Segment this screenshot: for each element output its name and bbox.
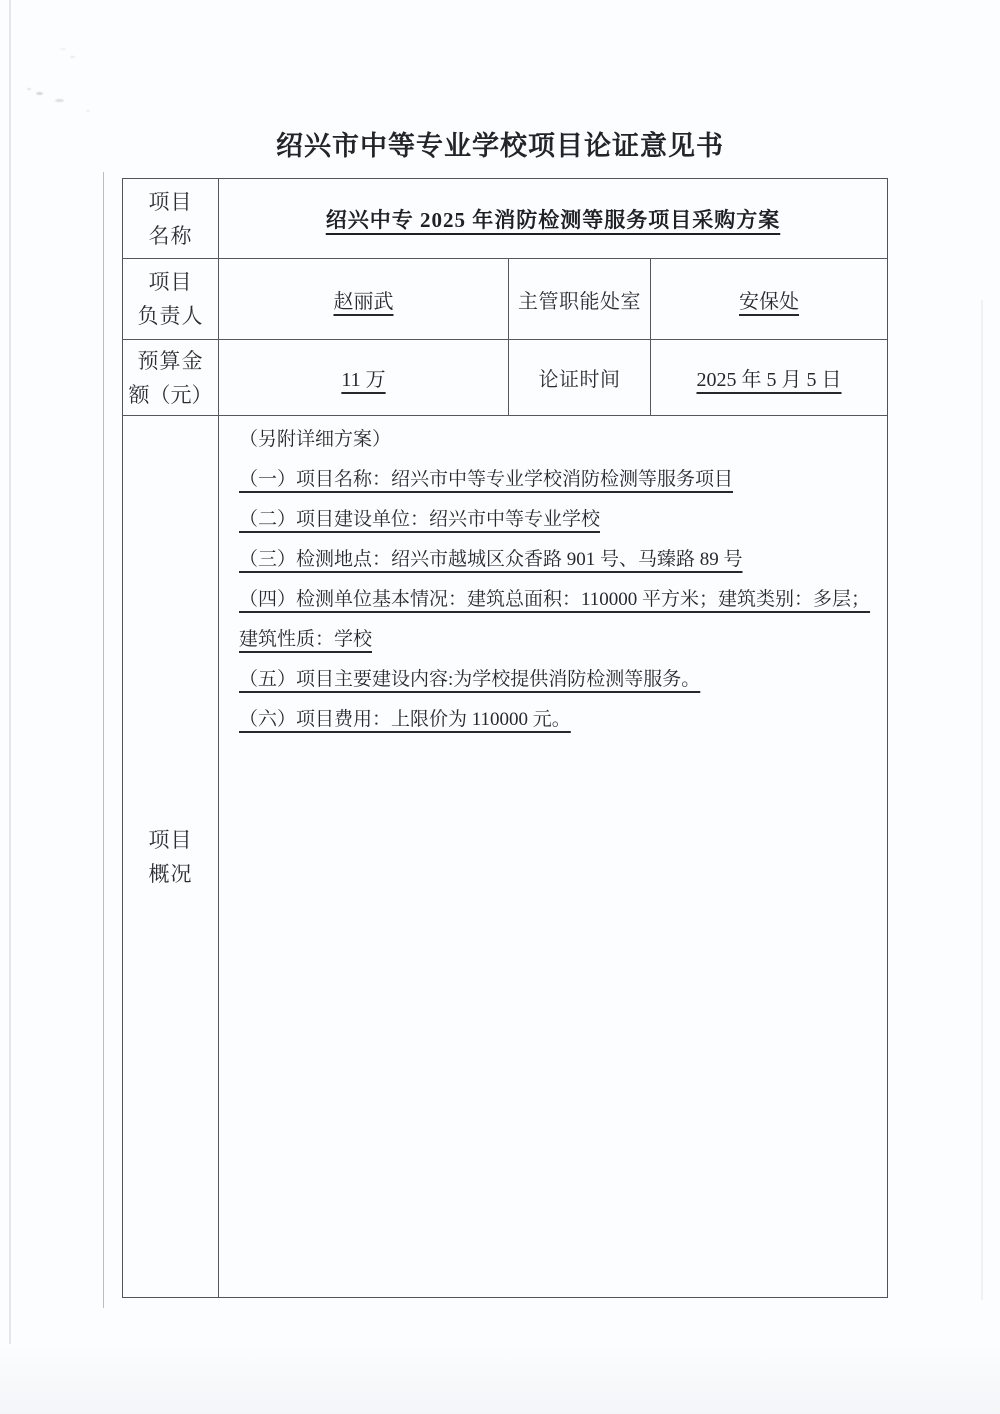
department-text: 安保处 <box>739 285 799 314</box>
field-value-overview: （另附详细方案） （一）项目名称：绍兴市中等专业学校消防检测等服务项目 （二）项… <box>219 416 887 1297</box>
scan-speck <box>36 92 43 95</box>
row-leader: 项目 负责人 赵丽武 主管职能处室 安保处 <box>123 259 887 340</box>
overview-line: （五）项目主要建设内容:为学校提供消防检测等服务。 <box>239 660 873 700</box>
document-title: 绍兴市中等专业学校项目论证意见书 <box>0 124 1000 163</box>
budget-amount-text: 11 万 <box>341 363 385 392</box>
field-label-review-date: 论证时间 <box>509 340 651 415</box>
field-value-review-date: 2025 年 5 月 5 日 <box>651 340 887 415</box>
row-overview: 项目 概况 （另附详细方案） （一）项目名称：绍兴市中等专业学校消防检测等服务项… <box>123 416 887 1297</box>
project-name-text: 绍兴中专 2025 年消防检测等服务项目采购方案 <box>326 204 781 234</box>
label-line: 名称 <box>149 219 193 253</box>
leader-name-text: 赵丽武 <box>334 285 394 314</box>
label-line: 额（元） <box>129 378 213 412</box>
review-date-text: 2025 年 5 月 5 日 <box>697 363 842 392</box>
label-line: 负责人 <box>138 299 204 333</box>
field-label-department: 主管职能处室 <box>509 259 651 339</box>
overview-line: （六）项目费用：上限价为 110000 元。 <box>239 700 873 740</box>
overview-line: （二）项目建设单位：绍兴市中等专业学校 <box>239 500 873 540</box>
field-value-leader: 赵丽武 <box>219 259 509 339</box>
scan-speck <box>27 88 31 90</box>
field-label-overview: 项目 概况 <box>123 416 219 1297</box>
field-label-project-name: 项目 名称 <box>123 179 219 258</box>
label-line: 预算金 <box>138 344 204 378</box>
page-right-edge <box>981 300 983 1300</box>
row-budget: 预算金 额（元） 11 万 论证时间 2025 年 5 月 5 日 <box>123 340 887 416</box>
scan-speck <box>70 56 75 58</box>
field-value-project-name: 绍兴中专 2025 年消防检测等服务项目采购方案 <box>219 179 887 258</box>
overview-line: （一）项目名称：绍兴市中等专业学校消防检测等服务项目 <box>239 460 873 500</box>
overview-line: （四）检测单位基本情况：建筑总面积：110000 平方米；建筑类别：多层； <box>239 580 873 620</box>
scan-speck <box>86 110 90 112</box>
label-line: 概况 <box>149 857 193 891</box>
field-label-budget: 预算金 额（元） <box>123 340 219 415</box>
field-value-department: 安保处 <box>651 259 887 339</box>
scan-edge-line <box>103 172 104 1308</box>
page-fold-line <box>9 0 11 1414</box>
form-table: 项目 名称 绍兴中专 2025 年消防检测等服务项目采购方案 项目 负责人 赵丽… <box>122 178 888 1298</box>
label-line: 项目 <box>149 265 193 299</box>
overview-note: （另附详细方案） <box>239 420 873 460</box>
scan-speck <box>60 48 66 50</box>
overview-line: （三）检测地点：绍兴市越城区众香路 901 号、马臻路 89 号 <box>239 540 873 580</box>
overview-line: 建筑性质：学校 <box>239 620 873 660</box>
scan-speck <box>55 99 64 102</box>
label-line: 项目 <box>149 185 193 219</box>
label-line: 主管职能处室 <box>518 285 641 314</box>
field-label-leader: 项目 负责人 <box>123 259 219 339</box>
field-value-budget: 11 万 <box>219 340 509 415</box>
label-line: 项目 <box>149 823 193 857</box>
label-line: 论证时间 <box>539 363 621 392</box>
row-project-name: 项目 名称 绍兴中专 2025 年消防检测等服务项目采购方案 <box>123 179 887 259</box>
